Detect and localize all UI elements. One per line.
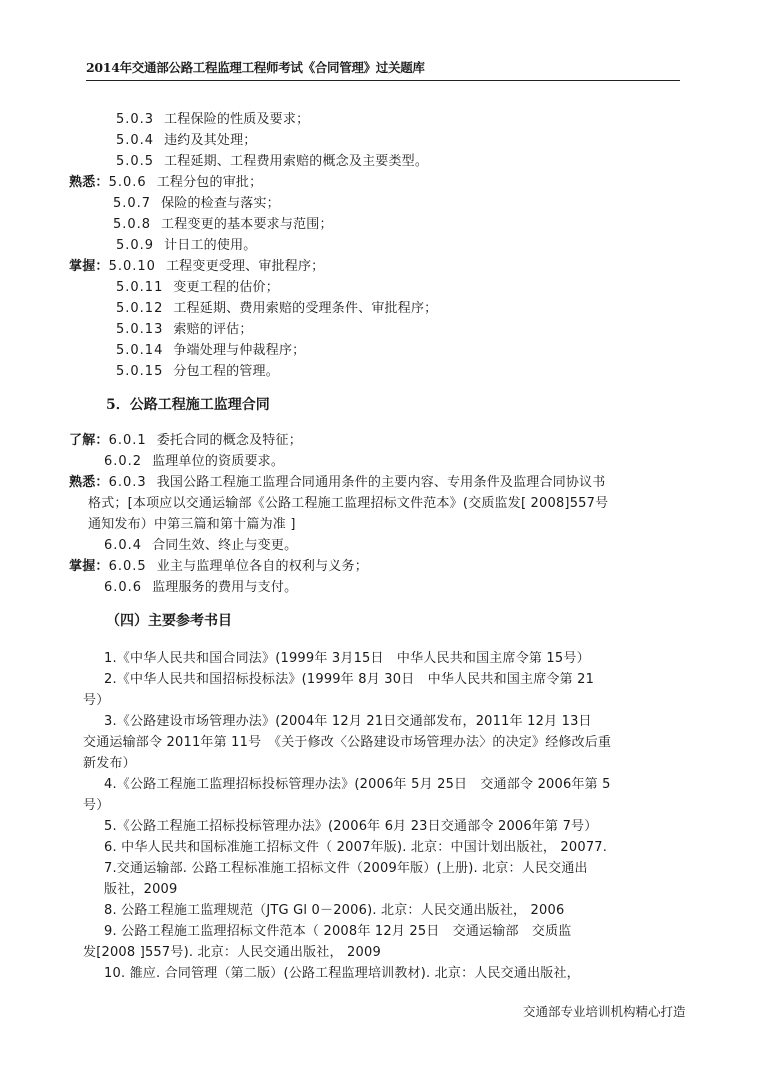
references-heading: （四）主要参考书目 [106,610,232,630]
reference-line: 8. 公路工程施工监理规范（JTG Gl 0－2006). 北京：人民交通出版社… [104,902,564,919]
reference-line: 5.《公路工程施工招标投标管理办法》(2006年 6月 23日交通部令 2006… [104,818,597,835]
list-item: 5.0.15分包工程的管理。 [116,363,279,380]
list-item: 6.0.4合同生效、终止与变更。 [104,537,297,554]
level-label: 掌握： [69,259,109,274]
list-item: 5.0.13索赔的评估； [116,321,253,338]
list-item: 5.0.12工程延期、费用索赔的受理条件、审批程序； [116,300,437,317]
reference-line: 3.《公路建设市场管理办法》(2004年 12月 21日交通部发布，2011年 … [104,713,592,730]
list-item: 5.0.9计日工的使用。 [116,237,256,254]
level-label: 掌握： [69,559,109,574]
page-footer: 交通部专业培训机构精心打造 [523,1002,686,1020]
list-item: 6.0.2监理单位的资质要求。 [104,453,284,470]
reference-line: 号） [83,797,109,814]
list-item: 了解：6.0.1委托合同的概念及特征； [69,432,302,449]
reference-line: 1.《中华人民共和国合同法》(1999年 3月15日 中华人民共和国主席令第 1… [104,650,590,667]
reference-line: 9. 公路工程施工监理招标文件范本（ 2008年 12月 25日 交通运输部 交… [104,923,572,940]
list-item: 5.0.4违约及其处理； [116,132,256,149]
list-item: 5.0.11变更工程的估价； [116,279,279,296]
list-item: 熟悉：6.0.3我国公路工程施工监理合同通用条件的主要内容、专用条件及监理合同协… [69,474,606,491]
reference-line: 4.《公路工程施工监理招标投标管理办法》(2006年 5月 25日 交通部令 2… [104,776,611,793]
reference-line: 6. 中华人民共和国标准施工招标文件（ 2007年版). 北京：中国计划出版社，… [104,839,607,856]
list-item: 5.0.14争端处理与仲裁程序； [116,342,305,359]
list-item: 熟悉：5.0.6工程分包的审批； [69,174,262,191]
reference-line: 7.交通运输部. 公路工程标准施工招标文件（2009年版）(上册). 北京：人民… [104,860,588,877]
list-item-continuation: 格式；[本项应以交通运输部《公路工程施工监理招标文件范本》(交质监发[ 2008… [88,495,608,512]
level-label: 熟悉： [69,475,109,490]
list-item: 5.0.8工程变更的基本要求与范围； [113,216,333,233]
reference-line: 新发布） [83,755,136,772]
level-label: 了解： [69,433,109,448]
list-item: 6.0.6监理服务的费用与支付。 [104,579,297,596]
list-item-continuation: 通知发布）中第三篇和第十篇为准 ] [88,516,296,533]
reference-line: 10. 雒应. 合同管理（第二版）(公路工程监理培训教材). 北京：人民交通出版… [104,965,580,982]
page-header-title: 2014年交通部公路工程监理工程师考试《合同管理》过关题库 [86,58,680,81]
reference-line: 2.《中华人民共和国招标投标法》(1999年 8月 30日 中华人民共和国主席令… [104,671,594,688]
reference-line: 交通运输部令 2011年第 11号 《关于修改〈公路建设市场管理办法〉的决定》经… [83,734,611,751]
list-item: 5.0.5工程延期、工程费用索赔的概念及主要类型。 [116,153,428,170]
list-item: 5.0.3工程保险的性质及要求； [116,111,309,128]
section-heading: 5．公路工程施工监理合同 [106,394,270,414]
list-item: 掌握：5.0.10工程变更受理、审批程序； [69,258,324,275]
level-label: 熟悉： [69,175,109,190]
reference-line: 发[2008 ]557号). 北京：人民交通出版社， 2009 [83,944,381,961]
list-item: 5.0.7保险的检查与落实； [113,195,280,212]
reference-line: 版社，2009 [104,881,177,898]
list-item: 掌握：6.0.5业主与监理单位各自的权利与义务； [69,558,368,575]
reference-line: 号） [83,692,109,709]
